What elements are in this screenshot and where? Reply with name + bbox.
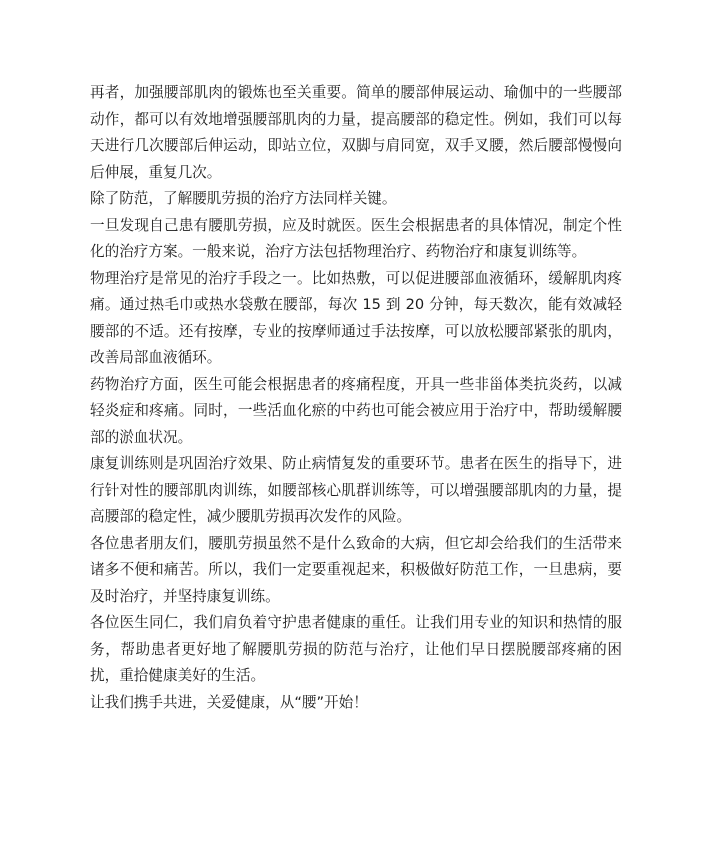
paragraph-seek-medical-care: 一旦发现自己患有腰肌劳损，应及时就医。医生会根据患者的具体情况，制定个性化的治疗… bbox=[90, 213, 622, 266]
paragraph-closing: 让我们携手共进，关爱健康，从“腰”开始！ bbox=[90, 690, 622, 717]
paragraph-physical-therapy: 物理治疗是常见的治疗手段之一。比如热敷，可以促进腰部血液循环，缓解肌肉疼痛。通过… bbox=[90, 266, 622, 372]
paragraph-to-doctors: 各位医生同仁，我们肩负着守护患者健康的重任。让我们用专业的知识和热情的服务，帮助… bbox=[90, 610, 622, 690]
paragraph-treatment-intro: 除了防范，了解腰肌劳损的治疗方法同样关键。 bbox=[90, 186, 622, 213]
paragraph-exercise: 再者，加强腰部肌肉的锻炼也至关重要。简单的腰部伸展运动、瑜伽中的一些腰部动作，都… bbox=[90, 80, 622, 186]
paragraph-rehab-training: 康复训练则是巩固治疗效果、防止病情复发的重要环节。患者在医生的指导下，进行针对性… bbox=[90, 451, 622, 531]
document-page: 再者，加强腰部肌肉的锻炼也至关重要。简单的腰部伸展运动、瑜伽中的一些腰部动作，都… bbox=[90, 80, 622, 716]
paragraph-to-patients: 各位患者朋友们，腰肌劳损虽然不是什么致命的大病，但它却会给我们的生活带来诸多不便… bbox=[90, 531, 622, 611]
paragraph-drug-therapy: 药物治疗方面，医生可能会根据患者的疼痛程度，开具一些非甾体类抗炎药，以减轻炎症和… bbox=[90, 372, 622, 452]
